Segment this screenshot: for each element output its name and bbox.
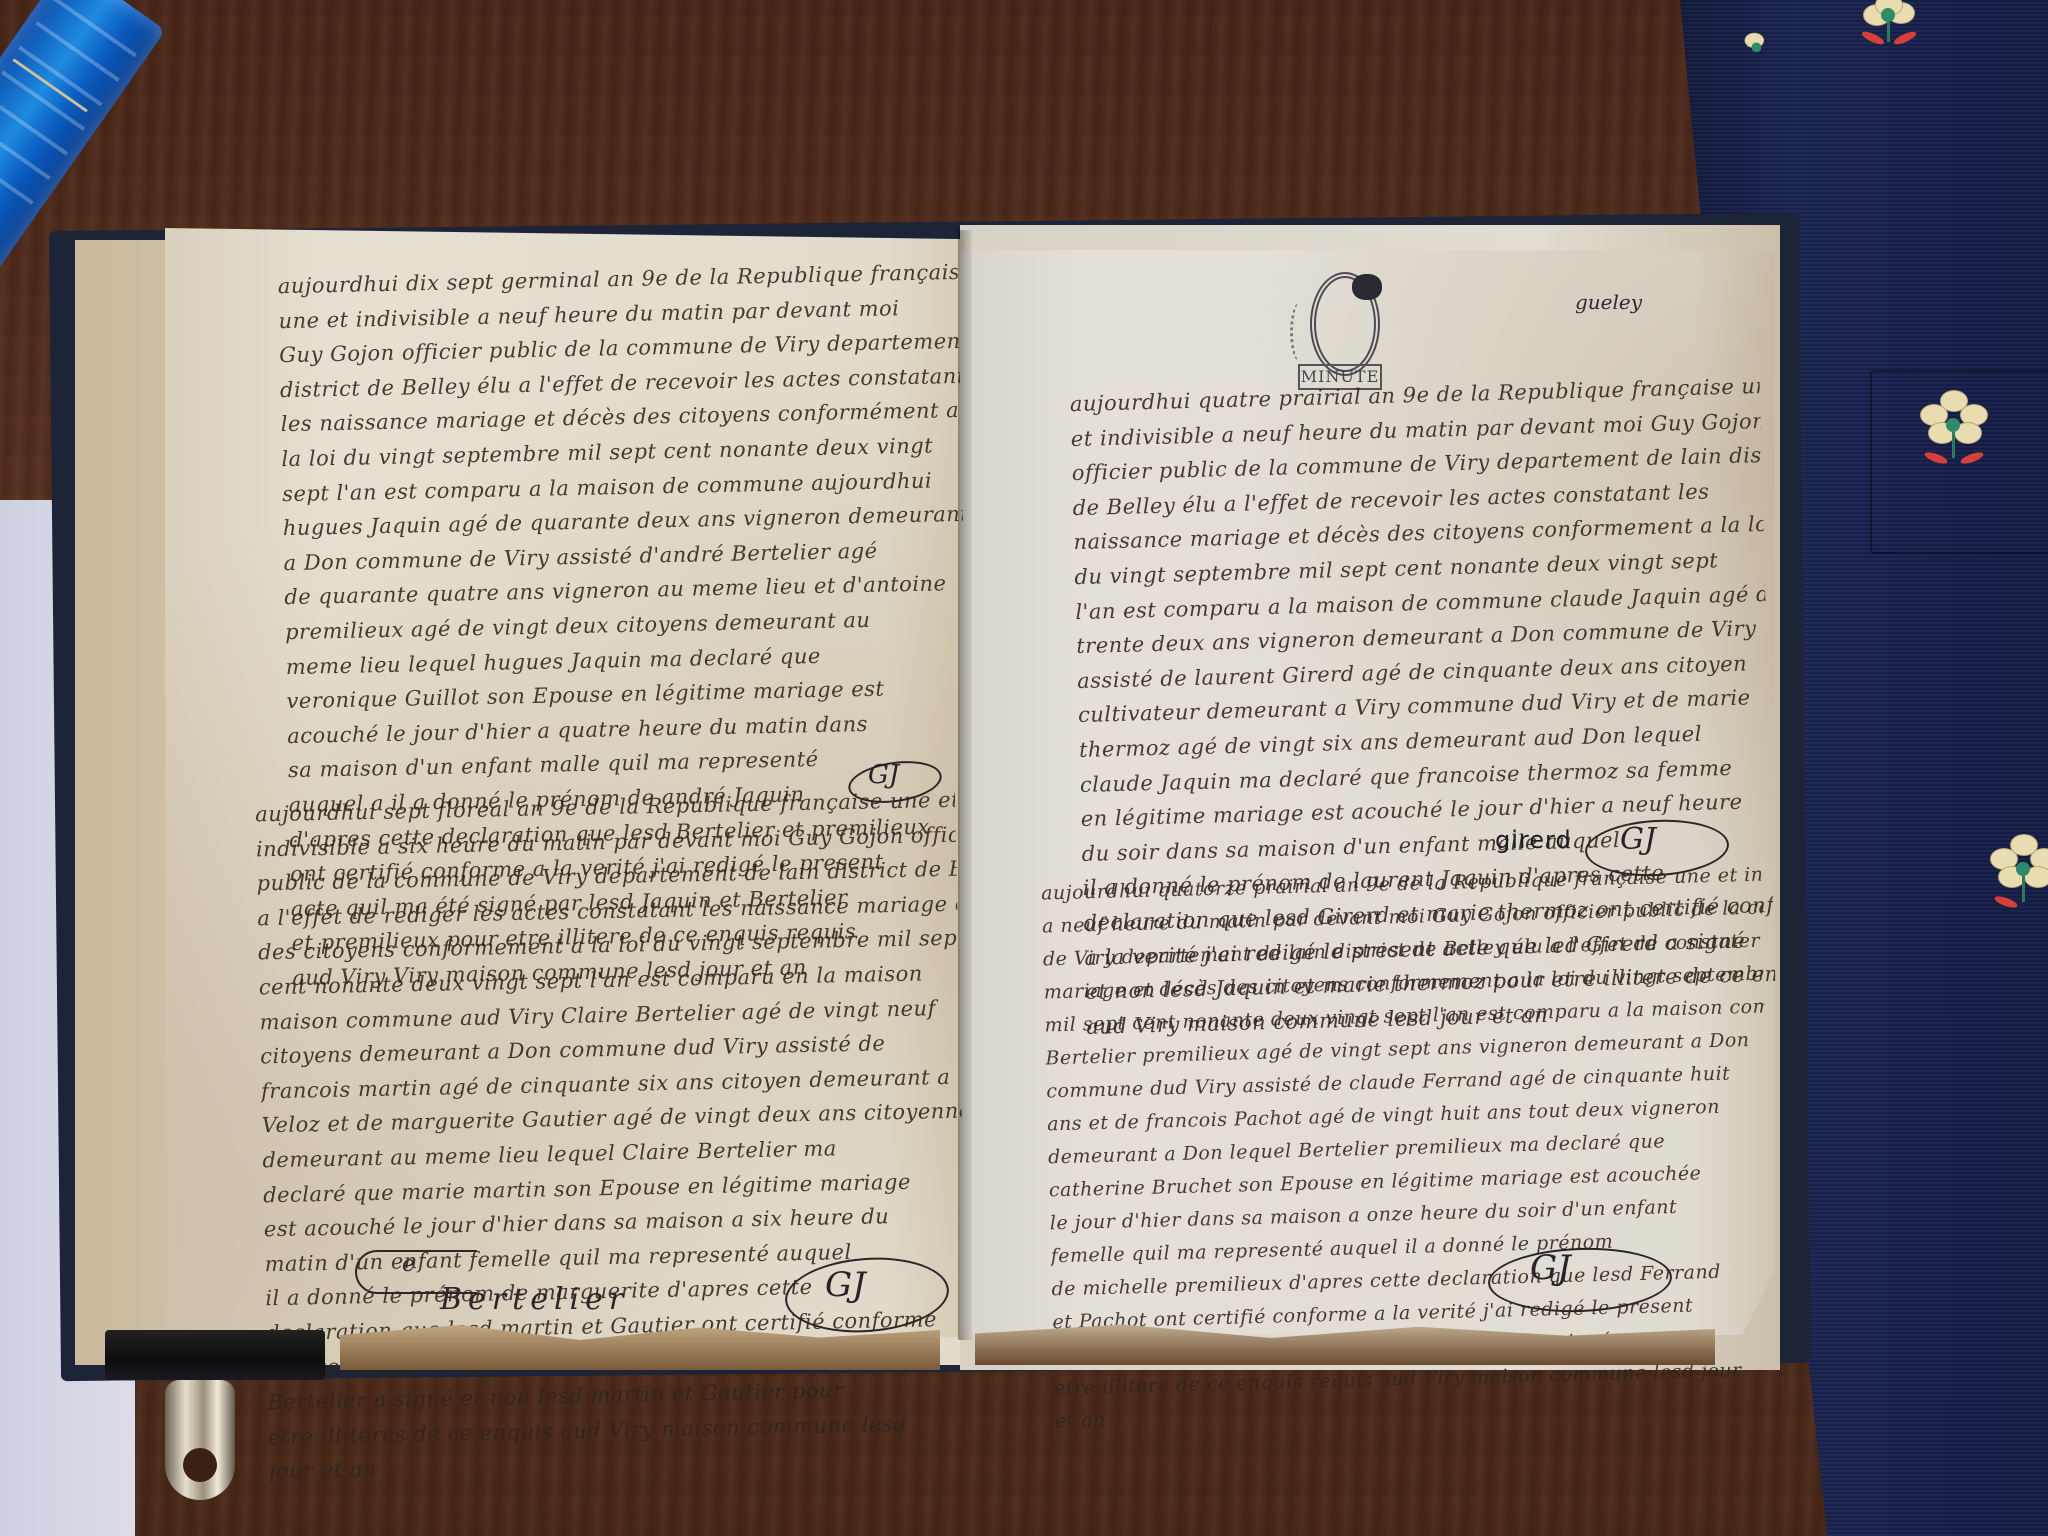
ink-blot: [1352, 274, 1382, 300]
signature-bertelier: Bertelier: [440, 1282, 629, 1317]
binder-clip-ring: [165, 1380, 235, 1500]
left-entry-2: aujourdhui sept floreal an 9e de la Repu…: [255, 783, 969, 1489]
flower-motif: [1855, 0, 1925, 70]
binder-clip-bar: [105, 1330, 325, 1380]
paraph-initials: GJ: [1620, 822, 1656, 857]
paraph-initials: GJ: [1530, 1248, 1571, 1288]
margin-note: gueley: [1575, 290, 1642, 314]
flower-motif: [1731, 29, 1780, 78]
flower-motif: [1920, 398, 1990, 468]
flower-motif: [1990, 842, 2048, 912]
signature-girerd: girerd: [1495, 826, 1572, 854]
paraph-initials: GJ: [825, 1265, 866, 1305]
